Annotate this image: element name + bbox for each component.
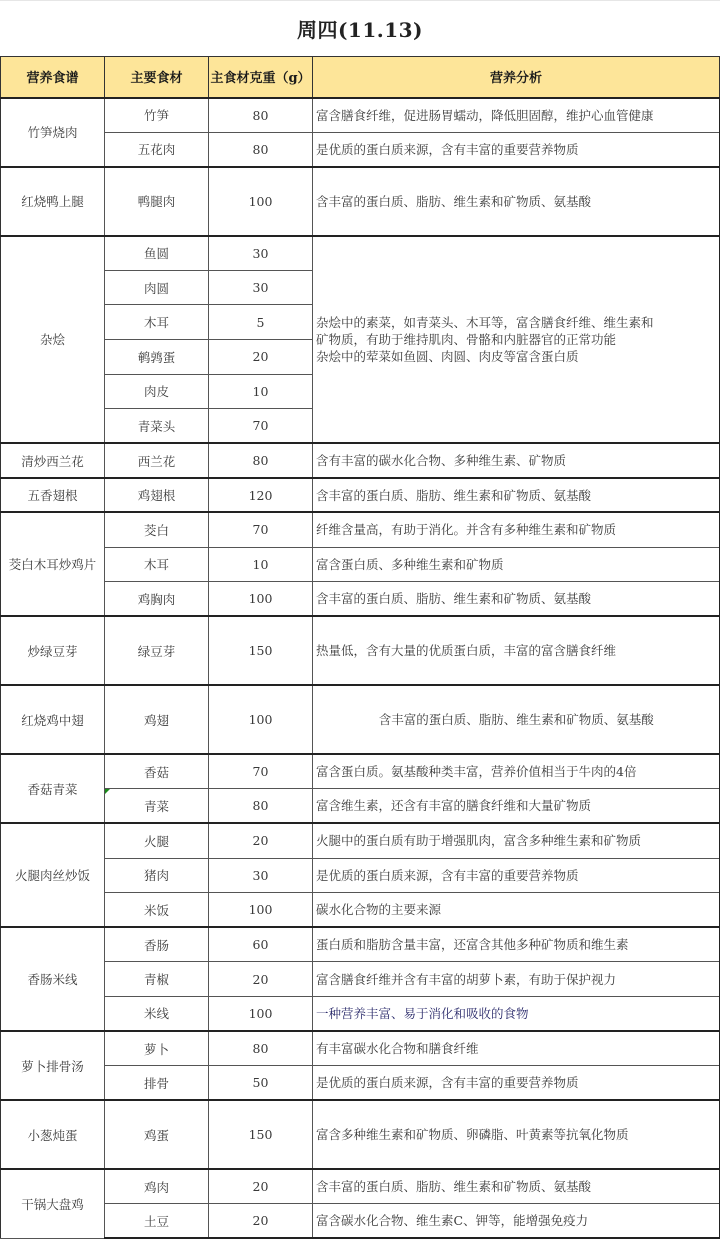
weight-cell[interactable]: 100	[209, 167, 313, 236]
dish-name-cell[interactable]: 干锅大盘鸡	[1, 1169, 105, 1238]
analysis-cell[interactable]: 蛋白质和脂肪含量丰富，还富含其他多种矿物质和维生素	[313, 927, 720, 962]
analysis-cell[interactable]: 富含蛋白质。氨基酸种类丰富，营养价值相当于牛肉的4倍	[313, 754, 720, 789]
table-row: 竹笋烧肉 竹笋 80 富含膳食纤维，促进肠胃蠕动，降低胆固醇，维护心血管健康	[1, 98, 720, 133]
ingredient-cell[interactable]: 绿豆芽	[105, 616, 209, 685]
table-row: 炒绿豆芽 绿豆芽 150 热量低，含有大量的优质蛋白质，丰富的富含膳食纤维	[1, 616, 720, 685]
weight-cell[interactable]: 80	[209, 789, 313, 824]
ingredient-cell[interactable]: 土豆	[105, 1204, 209, 1239]
header-ingredient[interactable]: 主要食材	[105, 57, 209, 98]
header-row: 营养食谱 主要食材 主食材克重（g） 营养分析	[1, 57, 720, 98]
table-row: 香菇青菜 香菇 70 富含蛋白质。氨基酸种类丰富，营养价值相当于牛肉的4倍	[1, 754, 720, 789]
weight-cell[interactable]: 100	[209, 685, 313, 754]
table-row: 火腿肉丝炒饭 火腿 20 火腿中的蛋白质有助于增强肌肉，富含多种维生素和矿物质	[1, 823, 720, 858]
analysis-cell[interactable]: 含丰富的蛋白质、脂肪、维生素和矿物质、氨基酸	[313, 167, 720, 236]
analysis-line: 杂烩中的荤菜如鱼圆、肉圆、肉皮等富含蛋白质	[316, 348, 717, 365]
weight-cell[interactable]: 20	[209, 1169, 313, 1204]
weight-cell[interactable]: 30	[209, 858, 313, 893]
dish-name-cell[interactable]: 小葱炖蛋	[1, 1100, 105, 1169]
weight-cell[interactable]: 50	[209, 1066, 313, 1101]
analysis-cell[interactable]: 富含多种维生素和矿物质、卵磷脂、叶黄素等抗氧化物质	[313, 1100, 720, 1169]
dish-name-cell[interactable]: 茭白木耳炒鸡片	[1, 512, 105, 616]
dish-name-cell[interactable]: 萝卜排骨汤	[1, 1031, 105, 1100]
dish-name-cell[interactable]: 红烧鸭上腿	[1, 167, 105, 236]
weight-cell[interactable]: 10	[209, 374, 313, 409]
ingredient-cell[interactable]: 鸡肉	[105, 1169, 209, 1204]
table-row: 木耳 10 富含蛋白质、多种维生素和矿物质	[1, 547, 720, 582]
ingredient-cell[interactable]: 香肠	[105, 927, 209, 962]
analysis-cell[interactable]: 是优质的蛋白质来源，含有丰富的重要营养物质	[313, 1066, 720, 1101]
weight-cell[interactable]: 20	[209, 339, 313, 374]
dish-name-cell[interactable]: 火腿肉丝炒饭	[1, 823, 105, 927]
ingredient-cell[interactable]: 鸡蛋	[105, 1100, 209, 1169]
weight-cell[interactable]: 70	[209, 754, 313, 789]
analysis-cell[interactable]: 有丰富碳水化合物和膳食纤维	[313, 1031, 720, 1066]
table-row: 鸡胸肉 100 含丰富的蛋白质、脂肪、维生素和矿物质、氨基酸	[1, 582, 720, 617]
weight-cell[interactable]: 80	[209, 132, 313, 167]
error-indicator-icon[interactable]	[105, 789, 110, 794]
ingredient-cell[interactable]: 茭白	[105, 512, 209, 547]
ingredient-cell[interactable]: 萝卜	[105, 1031, 209, 1066]
dish-name-cell[interactable]: 五香翅根	[1, 478, 105, 513]
table-row: 猪肉 30 是优质的蛋白质来源，含有丰富的重要营养物质	[1, 858, 720, 893]
ingredient-cell[interactable]: 鸡翅	[105, 685, 209, 754]
ingredient-cell[interactable]: 米饭	[105, 893, 209, 928]
table-row: 茭白木耳炒鸡片 茭白 70 纤维含量高，有助于消化。并含有多种维生素和矿物质	[1, 512, 720, 547]
dish-name-cell[interactable]: 清炒西兰花	[1, 443, 105, 478]
analysis-cell[interactable]: 富含蛋白质、多种维生素和矿物质	[313, 547, 720, 582]
weight-cell[interactable]: 30	[209, 236, 313, 271]
weight-cell[interactable]: 20	[209, 1204, 313, 1239]
ingredient-cell[interactable]: 鹌鹑蛋	[105, 339, 209, 374]
table-row: 青椒 20 富含膳食纤维并含有丰富的胡萝卜素，有助于保护视力	[1, 962, 720, 997]
dish-name-cell[interactable]: 竹笋烧肉	[1, 98, 105, 167]
page-title: 周四(11.13)	[0, 0, 720, 56]
analysis-cell[interactable]: 富含膳食纤维并含有丰富的胡萝卜素，有助于保护视力	[313, 962, 720, 997]
ingredient-cell[interactable]: 肉皮	[105, 374, 209, 409]
weight-cell[interactable]: 80	[209, 98, 313, 133]
weight-cell[interactable]: 20	[209, 823, 313, 858]
weight-cell[interactable]: 150	[209, 1100, 313, 1169]
table-row: 五花肉 80 是优质的蛋白质来源，含有丰富的重要营养物质	[1, 132, 720, 167]
analysis-cell[interactable]: 碳水化合物的主要来源	[313, 893, 720, 928]
weight-cell[interactable]: 70	[209, 512, 313, 547]
analysis-cell[interactable]: 火腿中的蛋白质有助于增强肌肉，富含多种维生素和矿物质	[313, 823, 720, 858]
weight-cell[interactable]: 30	[209, 270, 313, 305]
table-row: 杂烩 鱼圆 30 杂烩中的素菜，如青菜头、木耳等，富含膳食纤维、维生素和 矿物质…	[1, 236, 720, 271]
analysis-cell[interactable]: 含丰富的蛋白质、脂肪、维生素和矿物质、氨基酸	[313, 1169, 720, 1204]
analysis-cell[interactable]: 含丰富的蛋白质、脂肪、维生素和矿物质、氨基酸	[313, 478, 720, 513]
table-row: 米线 100 一种营养丰富、易于消化和吸收的食物	[1, 996, 720, 1031]
weight-cell[interactable]: 120	[209, 478, 313, 513]
ingredient-cell[interactable]: 排骨	[105, 1066, 209, 1101]
header-analysis[interactable]: 营养分析	[313, 57, 720, 98]
ingredient-cell[interactable]: 五花肉	[105, 132, 209, 167]
weight-cell[interactable]: 20	[209, 962, 313, 997]
table-row: 米饭 100 碳水化合物的主要来源	[1, 893, 720, 928]
table-row: 红烧鸭上腿 鸭腿肉 100 含丰富的蛋白质、脂肪、维生素和矿物质、氨基酸	[1, 167, 720, 236]
weight-cell[interactable]: 70	[209, 409, 313, 444]
dish-name-cell[interactable]: 杂烩	[1, 236, 105, 444]
dish-name-cell[interactable]: 香肠米线	[1, 927, 105, 1031]
analysis-cell[interactable]: 纤维含量高，有助于消化。并含有多种维生素和矿物质	[313, 512, 720, 547]
ingredient-cell[interactable]: 米线	[105, 996, 209, 1031]
analysis-cell[interactable]: 含有丰富的碳水化合物、多种维生素、矿物质	[313, 443, 720, 478]
table-row: 小葱炖蛋 鸡蛋 150 富含多种维生素和矿物质、卵磷脂、叶黄素等抗氧化物质	[1, 1100, 720, 1169]
table-row: 萝卜排骨汤 萝卜 80 有丰富碳水化合物和膳食纤维	[1, 1031, 720, 1066]
analysis-cell[interactable]: 含丰富的蛋白质、脂肪、维生素和矿物质、氨基酸	[313, 685, 720, 754]
weight-cell[interactable]: 150	[209, 616, 313, 685]
weight-cell[interactable]: 80	[209, 1031, 313, 1066]
analysis-cell[interactable]: 是优质的蛋白质来源，含有丰富的重要营养物质	[313, 132, 720, 167]
ingredient-cell[interactable]: 西兰花	[105, 443, 209, 478]
analysis-cell[interactable]: 富含碳水化合物、维生素C、钾等，能增强免疫力	[313, 1204, 720, 1239]
ingredient-cell[interactable]: 鸡胸肉	[105, 582, 209, 617]
ingredient-label: 青菜	[144, 799, 169, 814]
analysis-cell[interactable]: 富含膳食纤维，促进肠胃蠕动，降低胆固醇，维护心血管健康	[313, 98, 720, 133]
ingredient-cell[interactable]: 青菜头	[105, 409, 209, 444]
dish-name-cell[interactable]: 香菇青菜	[1, 754, 105, 823]
ingredient-cell[interactable]: 木耳	[105, 547, 209, 582]
table-row: 香肠米线 香肠 60 蛋白质和脂肪含量丰富，还富含其他多种矿物质和维生素	[1, 927, 720, 962]
ingredient-cell[interactable]: 鸭腿肉	[105, 167, 209, 236]
table-row: 清炒西兰花 西兰花 80 含有丰富的碳水化合物、多种维生素、矿物质	[1, 443, 720, 478]
analysis-cell[interactable]: 一种营养丰富、易于消化和吸收的食物	[313, 996, 720, 1031]
table-row: 干锅大盘鸡 鸡肉 20 含丰富的蛋白质、脂肪、维生素和矿物质、氨基酸	[1, 1169, 720, 1204]
ingredient-cell[interactable]: 竹笋	[105, 98, 209, 133]
weight-cell[interactable]: 60	[209, 927, 313, 962]
nutrition-table: 营养食谱 主要食材 主食材克重（g） 营养分析 竹笋烧肉 竹笋 80 富含膳食纤…	[0, 56, 720, 1239]
header-weight[interactable]: 主食材克重（g）	[209, 57, 313, 98]
analysis-cell[interactable]: 热量低，含有大量的优质蛋白质，丰富的富含膳食纤维	[313, 616, 720, 685]
analysis-cell[interactable]: 杂烩中的素菜，如青菜头、木耳等，富含膳食纤维、维生素和 矿物质，有助于维持肌肉、…	[313, 236, 720, 444]
ingredient-cell[interactable]: 火腿	[105, 823, 209, 858]
ingredient-cell[interactable]: 青菜	[105, 789, 209, 824]
weight-cell[interactable]: 100	[209, 893, 313, 928]
dish-name-cell[interactable]: 红烧鸡中翅	[1, 685, 105, 754]
table-row: 五香翅根 鸡翅根 120 含丰富的蛋白质、脂肪、维生素和矿物质、氨基酸	[1, 478, 720, 513]
analysis-cell[interactable]: 含丰富的蛋白质、脂肪、维生素和矿物质、氨基酸	[313, 582, 720, 617]
weight-cell[interactable]: 80	[209, 443, 313, 478]
weight-cell[interactable]: 100	[209, 996, 313, 1031]
analysis-cell[interactable]: 是优质的蛋白质来源，含有丰富的重要营养物质	[313, 858, 720, 893]
table-row: 红烧鸡中翅 鸡翅 100 含丰富的蛋白质、脂肪、维生素和矿物质、氨基酸	[1, 685, 720, 754]
ingredient-cell[interactable]: 鸡翅根	[105, 478, 209, 513]
table-row: 青菜 80 富含维生素，还含有丰富的膳食纤维和大量矿物质	[1, 789, 720, 824]
ingredient-cell[interactable]: 木耳	[105, 305, 209, 340]
weight-cell[interactable]: 10	[209, 547, 313, 582]
table-row: 排骨 50 是优质的蛋白质来源，含有丰富的重要营养物质	[1, 1066, 720, 1101]
weight-cell[interactable]: 5	[209, 305, 313, 340]
ingredient-cell[interactable]: 猪肉	[105, 858, 209, 893]
analysis-cell[interactable]: 富含维生素，还含有丰富的膳食纤维和大量矿物质	[313, 789, 720, 824]
analysis-line: 矿物质，有助于维持肌肉、骨骼和内脏器官的正常功能	[316, 331, 717, 348]
ingredient-cell[interactable]: 鱼圆	[105, 236, 209, 271]
ingredient-cell[interactable]: 肉圆	[105, 270, 209, 305]
analysis-line: 杂烩中的素菜，如青菜头、木耳等，富含膳食纤维、维生素和	[316, 314, 717, 331]
dish-name-cell[interactable]: 炒绿豆芽	[1, 616, 105, 685]
header-recipe[interactable]: 营养食谱	[1, 57, 105, 98]
table-row: 土豆 20 富含碳水化合物、维生素C、钾等，能增强免疫力	[1, 1204, 720, 1239]
ingredient-cell[interactable]: 青椒	[105, 962, 209, 997]
ingredient-cell[interactable]: 香菇	[105, 754, 209, 789]
weight-cell[interactable]: 100	[209, 582, 313, 617]
